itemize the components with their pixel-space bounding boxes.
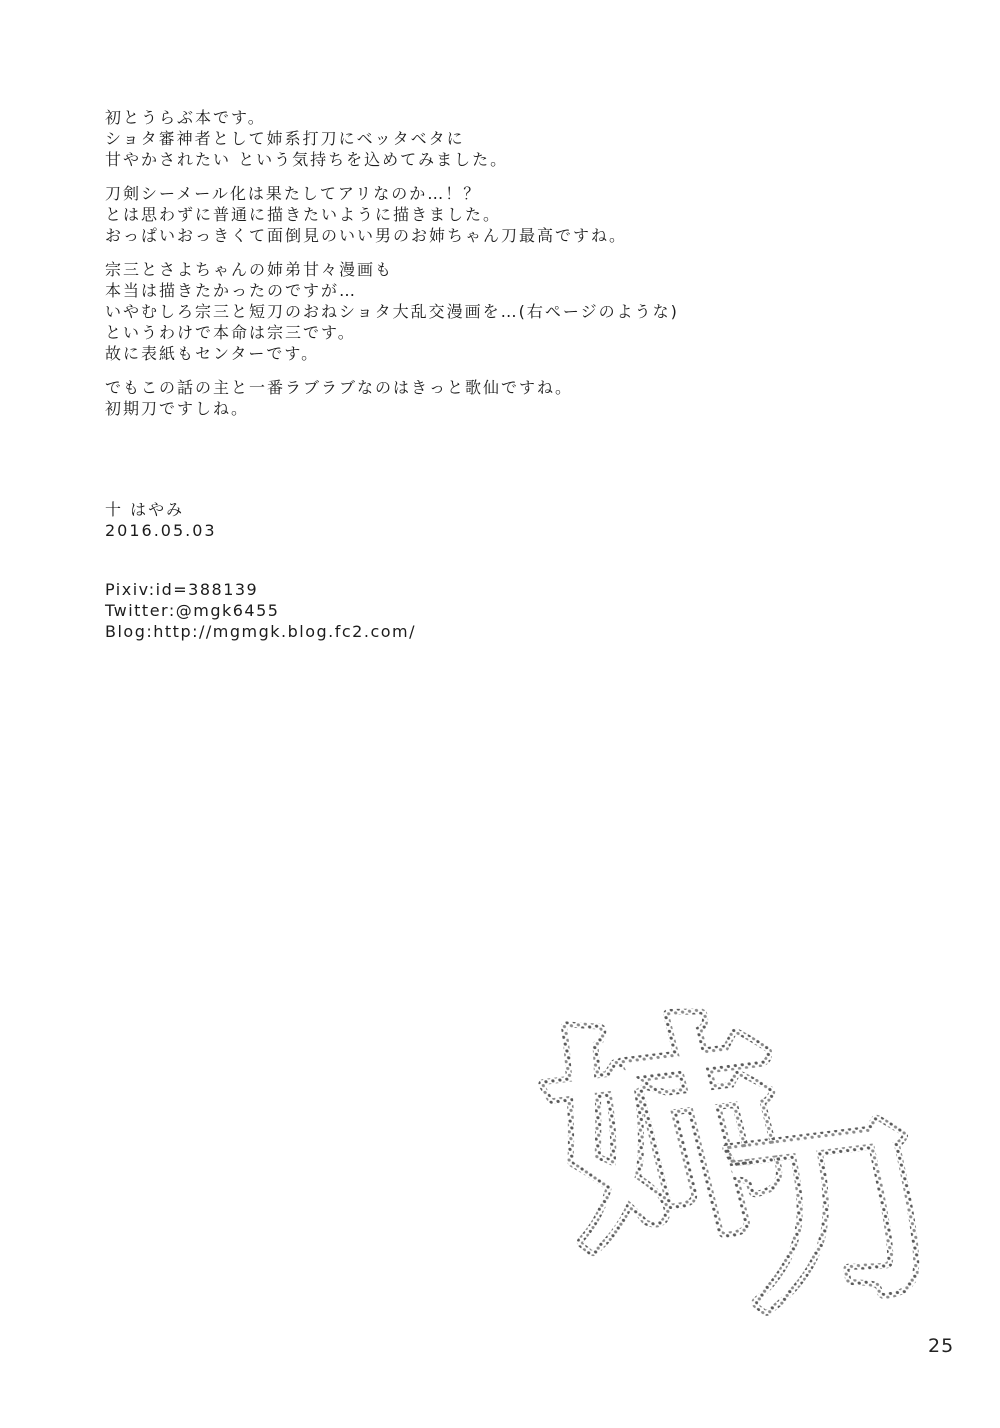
pixiv-id-text: Pixiv:id=388139 (105, 579, 416, 600)
afterword-line: 刀剣シーメール化は果たしてアリなのか…！？ (105, 183, 679, 204)
signature-block: 十 はやみ 2016.05.03 (105, 499, 217, 541)
blog-url-text: Blog:http://mgmgk.blog.fc2.com/ (105, 621, 416, 642)
publish-date: 2016.05.03 (105, 520, 217, 541)
contact-links: Pixiv:id=388139 Twitter:@mgk6455 Blog:ht… (105, 579, 416, 642)
afterword-line: というわけで本命は宗三です。 (105, 322, 679, 343)
afterword-line: 故に表紙もセンターです。 (105, 343, 679, 364)
scanned-page: 初とうらぶ本です。 ショタ審神者として姉系打刀にベッタベタに 甘やかされたい と… (0, 0, 1000, 1428)
afterword-line: ショタ審神者として姉系打刀にベッタベタに (105, 128, 679, 149)
afterword-line: でもこの話の主と一番ラブラブなのはきっと歌仙ですね。 (105, 377, 679, 398)
afterword-line: いやむしろ宗三と短刀のおねショタ大乱交漫画を…(右ページのような) (105, 301, 679, 322)
afterword-paragraph: 刀剣シーメール化は果たしてアリなのか…！？ とは思わずに普通に描きたいように描き… (105, 183, 679, 246)
afterword-paragraph: 宗三とさよちゃんの姉弟甘々漫画も 本当は描きたかったのですが… いやむしろ宗三と… (105, 259, 679, 364)
afterword-text: 初とうらぶ本です。 ショタ審神者として姉系打刀にベッタベタに 甘やかされたい と… (105, 107, 679, 432)
page-number: 25 (928, 1335, 954, 1357)
afterword-line: 宗三とさよちゃんの姉弟甘々漫画も (105, 259, 679, 280)
afterword-paragraph: 初とうらぶ本です。 ショタ審神者として姉系打刀にベッタベタに 甘やかされたい と… (105, 107, 679, 170)
logo-char-katana: 刀 (707, 1089, 940, 1335)
twitter-handle-text: Twitter:@mgk6455 (105, 600, 416, 621)
afterword-line: 本当は描きたかったのですが… (105, 280, 679, 301)
title-logo: 姉 刀 (500, 995, 940, 1335)
afterword-line: おっぱいおっきくて面倒見のいい男のお姉ちゃん刀最高ですね。 (105, 225, 679, 246)
afterword-paragraph: でもこの話の主と一番ラブラブなのはきっと歌仙ですね。 初期刀ですしね。 (105, 377, 679, 419)
afterword-line: 初とうらぶ本です。 (105, 107, 679, 128)
afterword-line: とは思わずに普通に描きたいように描きました。 (105, 204, 679, 225)
afterword-line: 甘やかされたい という気持ちを込めてみました。 (105, 149, 679, 170)
author-name: 十 はやみ (105, 499, 217, 520)
afterword-line: 初期刀ですしね。 (105, 398, 679, 419)
